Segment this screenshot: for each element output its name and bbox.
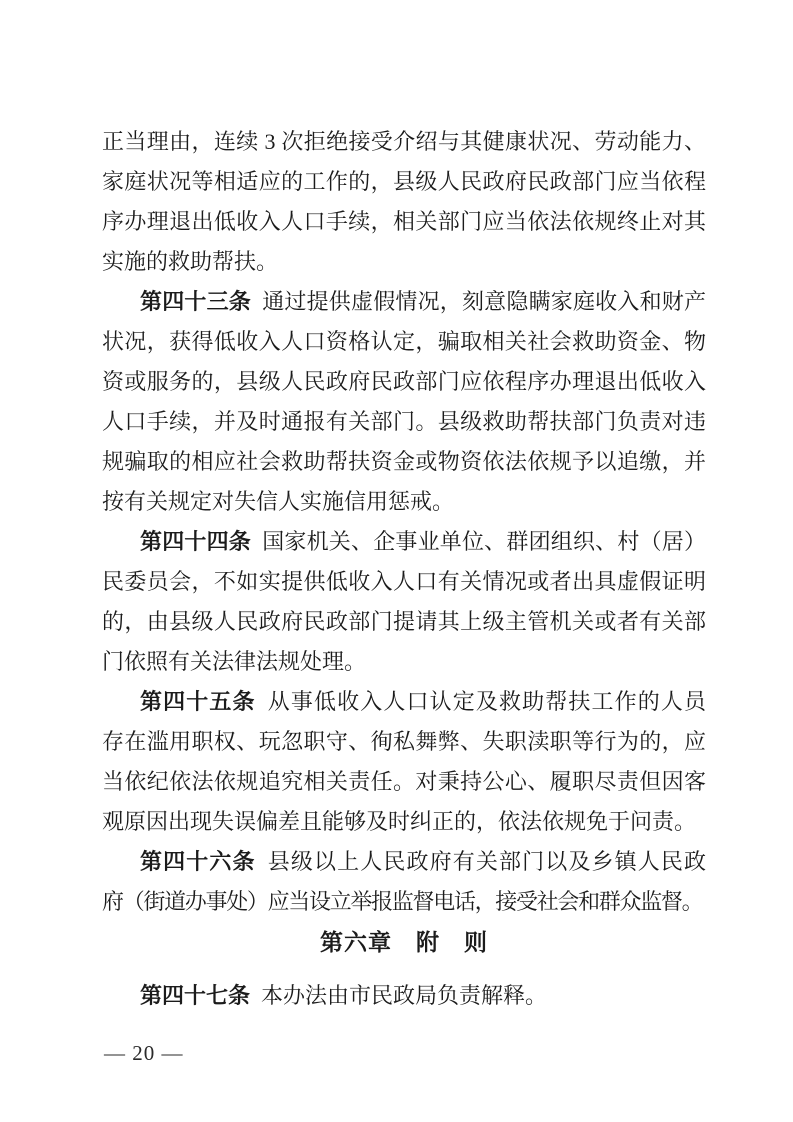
text-line: 人口手续，并及时通报有关部门。县级救助帮扶部门负责对违 [102,402,706,442]
page-number: — 20 — [104,1041,184,1065]
text-line: 第四十七条 本办法由市民政局负责解释。 [102,976,706,1016]
text-line: 民委员会，不如实提供低收入人口有关情况或者出具虚假证明 [102,562,706,602]
text-line: 府（街道办事处）应当设立举报监督电话，接受社会和群众监督。 [102,882,706,922]
article-number: 第四十七条 [140,983,250,1008]
article-number: 第四十五条 [140,689,256,714]
article-number: 第四十六条 [140,849,256,874]
text-line: 规骗取的相应社会救助帮扶资金或物资依法依规予以追缴，并 [102,442,706,482]
text-line: 实施的救助帮扶。 [102,242,706,282]
text-line: 当依纪依法依规追究相关责任。对秉持公心、履职尽责但因客 [102,762,706,802]
text-line: 存在滥用职权、玩忽职守、徇私舞弊、失职渎职等行为的，应 [102,722,706,762]
text-line: 正当理由，连续 3 次拒绝接受介绍与其健康状况、劳动能力、 [102,122,706,162]
text-line: 序办理退出低收入人口手续，相关部门应当依法依规终止对其 [102,202,706,242]
text-line: 第四十三条 通过提供虚假情况，刻意隐瞒家庭收入和财产 [102,282,706,322]
text-line: 门依照有关法律法规处理。 [102,642,706,682]
text-line: 状况，获得低收入人口资格认定，骗取相关社会救助资金、物 [102,322,706,362]
text-line: 资或服务的，县级人民政府民政部门应依程序办理退出低收入 [102,362,706,402]
text-line: 第四十六条 县级以上人民政府有关部门以及乡镇人民政 [102,842,706,882]
text-line: 第四十四条 国家机关、企事业单位、群团组织、村（居） [102,522,706,562]
text-line: 家庭状况等相适应的工作的，县级人民政府民政部门应当依程 [102,162,706,202]
document-text-block: 正当理由，连续 3 次拒绝接受介绍与其健康状况、劳动能力、家庭状况等相适应的工作… [102,122,706,1016]
text-line: 的，由县级人民政府民政部门提请其上级主管机关或者有关部 [102,602,706,642]
text-line: 观原因出现失误偏差且能够及时纠正的，依法依规免于问责。 [102,802,706,842]
chapter-heading: 第六章 附 则 [102,922,706,962]
text-line: 按有关规定对失信人实施信用惩戒。 [102,482,706,522]
document-page: 正当理由，连续 3 次拒绝接受介绍与其健康状况、劳动能力、家庭状况等相适应的工作… [0,0,793,1122]
article-number: 第四十三条 [140,289,251,314]
article-number: 第四十四条 [140,529,251,554]
text-line: 第四十五条 从事低收入人口认定及救助帮扶工作的人员 [102,682,706,722]
